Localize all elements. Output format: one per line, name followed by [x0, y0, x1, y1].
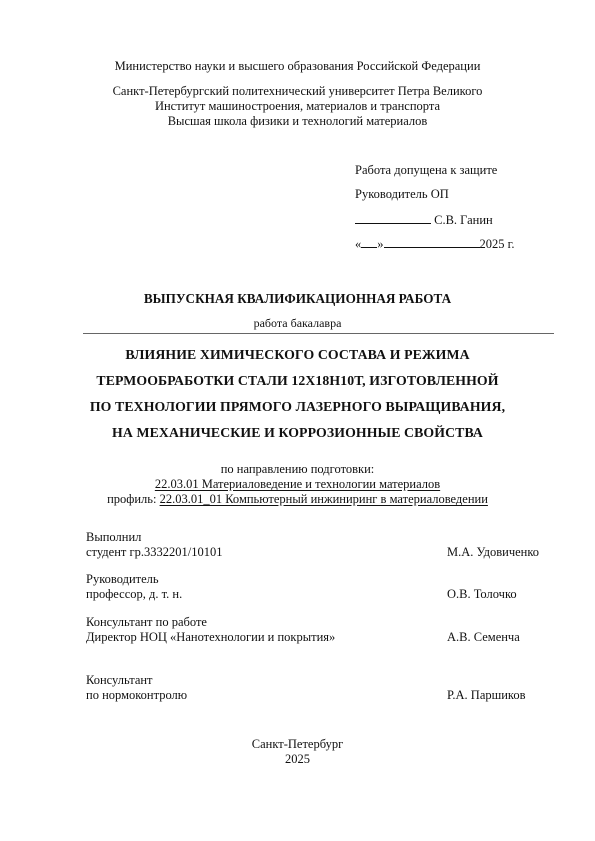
approval-admitted: Работа допущена к защите: [355, 163, 497, 178]
signature-name: Р.А. Паршиков: [447, 688, 526, 703]
divider-rule: [83, 333, 554, 334]
university-name: Санкт-Петербургский политехнический унив…: [0, 84, 595, 99]
signature-role-detail: профессор, д. т. н.: [86, 587, 182, 602]
signature-role-detail: студент гр.3332201/10101: [86, 545, 222, 560]
approval-supervisor-title: Руководитель ОП: [355, 187, 449, 202]
signature-name: О.В. Толочко: [447, 587, 517, 602]
direction-code-name: 22.03.01 Материаловедение и технологии м…: [155, 477, 440, 491]
footer-year: 2025: [0, 752, 595, 767]
work-type-title: ВЫПУСКНАЯ КВАЛИФИКАЦИОННАЯ РАБОТА: [0, 291, 595, 306]
thesis-title-line: ТЕРМООБРАБОТКИ СТАЛИ 12Х18Н10Т, ИЗГОТОВЛ…: [0, 373, 595, 388]
signature-role: Консультант: [86, 673, 153, 688]
signature-blank: [355, 211, 431, 224]
signature-role-detail: Директор НОЦ «Нанотехнологии и покрытия»: [86, 630, 335, 645]
school-name: Высшая школа физики и технологий материа…: [0, 114, 595, 129]
work-type-subtitle: работа бакалавра: [0, 316, 595, 331]
institute-name: Институт машиностроения, материалов и тр…: [0, 99, 595, 114]
month-blank: [384, 235, 480, 248]
profile-value: 22.03.01_01 Компьютерный инжиниринг в ма…: [160, 492, 488, 506]
signature-name: А.В. Семенча: [447, 630, 520, 645]
ministry-name: Министерство науки и высшего образования…: [0, 59, 595, 74]
profile-line: профиль: 22.03.01_01 Компьютерный инжини…: [0, 492, 595, 507]
approval-date-line: «»2025 г.: [355, 235, 514, 252]
thesis-title-line: НА МЕХАНИЧЕСКИЕ И КОРРОЗИОННЫЕ СВОЙСТВА: [0, 425, 595, 440]
day-blank: [361, 235, 377, 248]
approval-signature-name: С.В. Ганин: [434, 213, 493, 227]
approval-signature-line: С.В. Ганин: [355, 211, 493, 228]
signature-role: Выполнил: [86, 530, 141, 545]
direction-code: 22.03.01 Материаловедение и технологии м…: [0, 477, 595, 492]
direction-label: по направлению подготовки:: [0, 462, 595, 477]
footer-city: Санкт-Петербург: [0, 737, 595, 752]
date-year: 2025 г.: [480, 237, 515, 251]
signature-name: М.А. Удовиченко: [447, 545, 539, 560]
signature-role: Руководитель: [86, 572, 159, 587]
signature-role-detail: по нормоконтролю: [86, 688, 187, 703]
profile-label: профиль:: [107, 492, 160, 506]
thesis-title-line: ПО ТЕХНОЛОГИИ ПРЯМОГО ЛАЗЕРНОГО ВЫРАЩИВА…: [0, 399, 595, 414]
signature-role: Консультант по работе: [86, 615, 207, 630]
thesis-title-line: ВЛИЯНИЕ ХИМИЧЕСКОГО СОСТАВА И РЕЖИМА: [0, 347, 595, 362]
